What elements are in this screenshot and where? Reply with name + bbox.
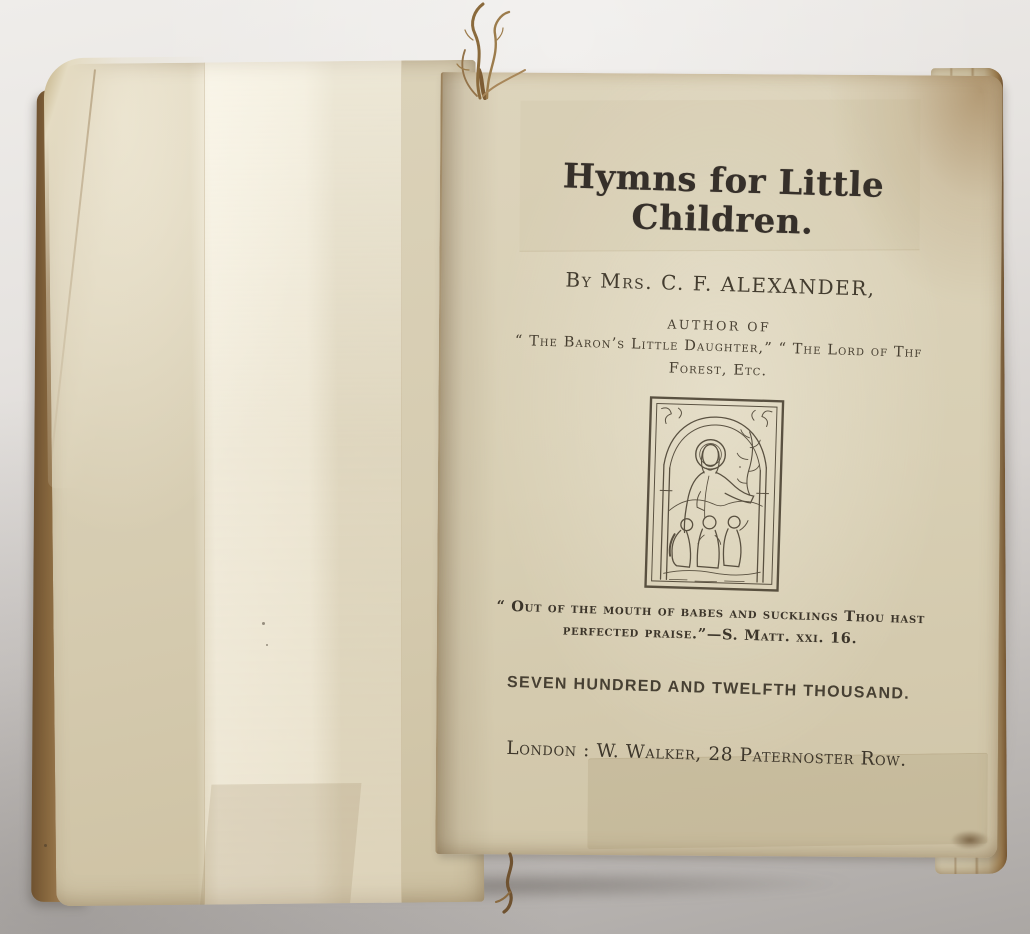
publisher-imprint: London : W. Walker, 28 Paternoster Row. — [479, 737, 933, 771]
page-curl-corner — [44, 57, 208, 489]
dust-speck — [262, 622, 265, 625]
other-works: “ The Baron’s Little Daughter,” “ The Lo… — [491, 329, 946, 389]
author-byline: By Mrs. C. F. ALEXANDER, — [493, 266, 948, 303]
book-photograph: Hymns for Little Children. By Mrs. C. F.… — [0, 0, 1030, 934]
book-title: Hymns for Little Children. — [495, 155, 951, 247]
binding-string-bottom — [488, 852, 558, 922]
title-page: Hymns for Little Children. By Mrs. C. F.… — [435, 72, 1002, 858]
dust-speck — [739, 466, 741, 468]
left-blank-page — [48, 60, 485, 906]
scripture-quote: “ Out of the mouth of babes and suckling… — [483, 595, 938, 653]
binding-string-top — [425, 0, 565, 100]
open-book: Hymns for Little Children. By Mrs. C. F.… — [30, 52, 1005, 912]
jesus-blessing-children-engraving — [643, 395, 785, 593]
dust-speck — [44, 844, 47, 847]
dust-speck — [266, 644, 268, 646]
title-page-content: Hymns for Little Children. By Mrs. C. F.… — [478, 111, 953, 832]
edition-statement: SEVEN HUNDRED AND TWELFTH THOUSAND. — [481, 673, 935, 704]
tape-patch-bottom-left — [200, 783, 361, 905]
repair-tape-strip — [204, 61, 402, 905]
corner-stain — [941, 826, 993, 852]
